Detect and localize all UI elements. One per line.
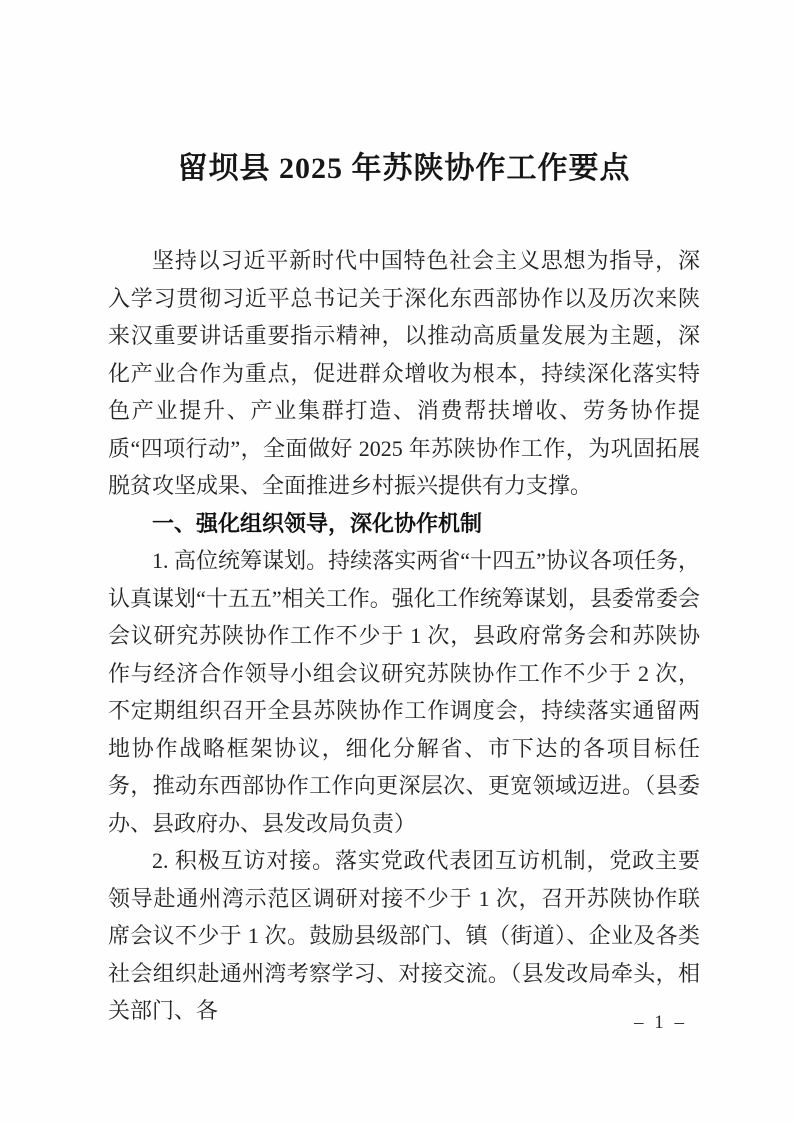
document-content: 留坝县 2025 年苏陕协作工作要点 坚持以习近平新时代中国特色社会主义思想为指… bbox=[108, 150, 700, 1030]
document-title: 留坝县 2025 年苏陕协作工作要点 bbox=[108, 150, 700, 188]
item-2-paragraph: 2. 积极互访对接。落实党政代表团互访机制，党政主要领导赴通州湾示范区调研对接不… bbox=[108, 842, 700, 1030]
intro-paragraph: 坚持以习近平新时代中国特色社会主义思想为指导，深入学习贯彻习近平总书记关于深化东… bbox=[108, 242, 700, 505]
section-heading: 一、强化组织领导，深化协作机制 bbox=[108, 505, 700, 543]
page-number: – 1 – bbox=[634, 1012, 687, 1034]
document-page: 留坝县 2025 年苏陕协作工作要点 坚持以习近平新时代中国特色社会主义思想为指… bbox=[0, 0, 794, 1122]
item-1-paragraph: 1. 高位统筹谋划。持续落实两省“十四五”协议各项任务，认真谋划“十五五”相关工… bbox=[108, 542, 700, 842]
